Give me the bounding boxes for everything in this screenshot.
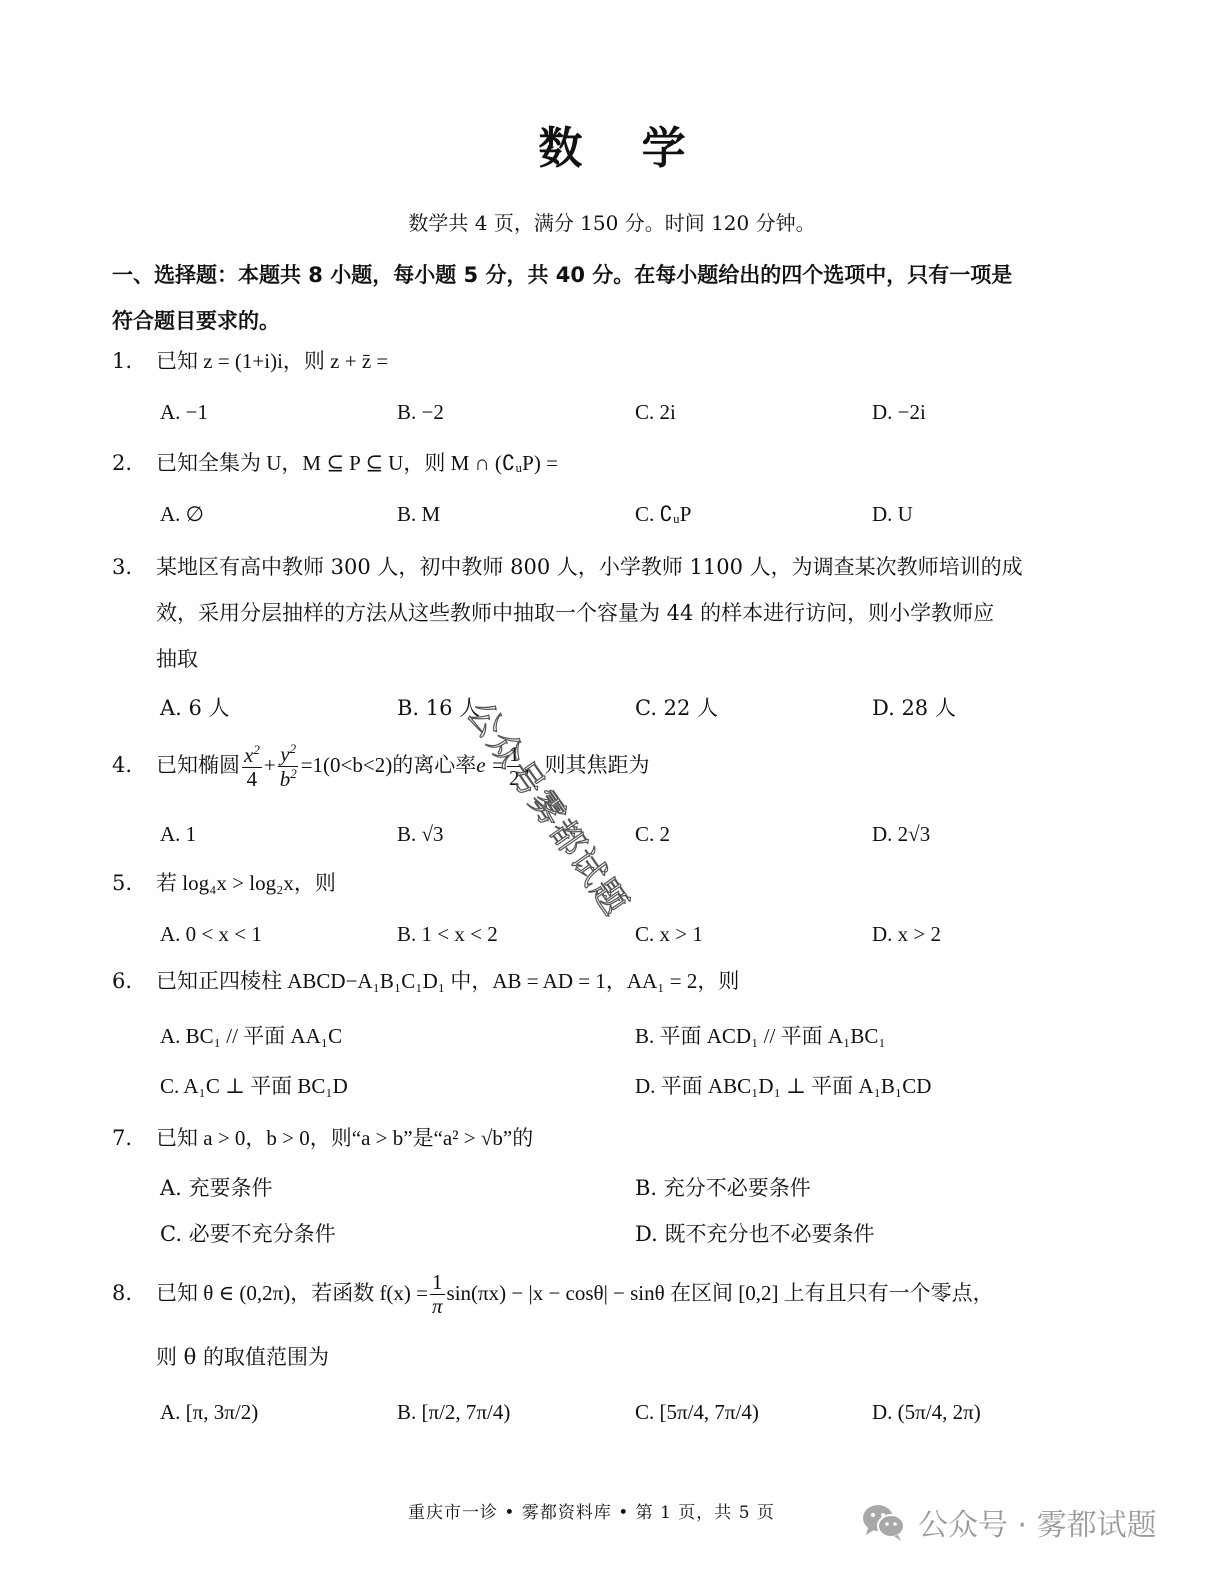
question-stem: 若 log₄x > log₂x，则 (156, 871, 336, 895)
option-b: B. 1 < x < 2 (397, 922, 498, 947)
option-d: D. x > 2 (872, 922, 941, 947)
wechat-account-label: 公众号 · 雾都试题 (918, 1500, 1157, 1544)
question-stem-line2: 则 θ 的取值范围为 (112, 1334, 1112, 1380)
fraction-y2-over-b2: y2b2 (278, 742, 299, 791)
wechat-badge: 公众号 · 雾都试题 (860, 1500, 1157, 1544)
option-d: D. 既不充分也不必要条件 (635, 1218, 874, 1248)
option-a: A. 1 (160, 822, 196, 847)
fraction-one-over-pi: 1π (430, 1271, 445, 1318)
page-title: 数 学 (0, 112, 1224, 176)
option-c: C. 2 (635, 822, 670, 847)
question-8: 8.已知 θ ∈ (0,2π)，若函数 f(x) =1πsin(πx) − |x… (112, 1270, 1112, 1380)
option-a: A. −1 (160, 400, 208, 425)
option-d: D. 平面 ABC₁D₁ ⊥ 平面 A₁B₁CD (635, 1070, 931, 1100)
question-2: 2.已知全集为 U，M ⊆ P ⊆ U，则 M ∩ (∁ᵤP) = (112, 440, 1112, 486)
option-c: C. 22 人 (635, 692, 718, 722)
fraction-x2-over-4: x24 (242, 743, 262, 791)
option-a: A. 6 人 (160, 692, 230, 722)
question-stem: 已知全集为 U，M ⊆ P ⊆ U，则 M ∩ (∁ᵤP) = (156, 451, 558, 475)
option-c: C. x > 1 (635, 922, 703, 947)
question-stem: 已知 z = (1+i)i，则 z + z̄ = (156, 349, 388, 373)
question-4: 4.已知椭圆x24+y2b2=1(0<b<2)的离心率e =12，则其焦距为 (112, 742, 1112, 791)
question-stem: 已知正四棱柱 ABCD−A₁B₁C₁D₁ 中，AB = AD = 1，AA₁ =… (156, 969, 739, 993)
option-a: A. [π, 3π/2) (160, 1400, 258, 1425)
option-b: B. 平面 ACD₁ // 平面 A₁BC₁ (635, 1020, 886, 1050)
question-stem: 已知 a > 0，b > 0，则“a > b”是“a² > √b”的 (156, 1126, 533, 1150)
question-6: 6.已知正四棱柱 ABCD−A₁B₁C₁D₁ 中，AB = AD = 1，AA₁… (112, 958, 1112, 1004)
question-1: 1.已知 z = (1+i)i，则 z + z̄ = (112, 338, 1112, 384)
question-stem-line2: 效，采用分层抽样的方法从这些教师中抽取一个容量为 44 的样本进行访问，则小学教… (112, 590, 1112, 636)
section-heading: 一、选择题：本题共 8 小题，每小题 5 分，共 40 分。在每小题给出的四个选… (112, 252, 1112, 344)
option-b: B. [π/2, 7π/4) (397, 1400, 510, 1425)
question-stem-line3: 抽取 (112, 636, 1112, 682)
question-stem-line1: 某地区有高中教师 300 人，初中教师 800 人，小学教师 1100 人，为调… (156, 555, 1023, 579)
option-b: B. −2 (397, 400, 444, 425)
option-a: A. 充要条件 (160, 1172, 273, 1202)
option-b: B. 充分不必要条件 (635, 1172, 811, 1202)
option-d: D. (5π/4, 2π) (872, 1400, 981, 1425)
exam-info: 数学共 4 页，满分 150 分。时间 120 分钟。 (0, 207, 1224, 236)
option-c: C. A₁C ⊥ 平面 BC₁D (160, 1070, 348, 1100)
question-7: 7.已知 a > 0，b > 0，则“a > b”是“a² > √b”的 (112, 1115, 1112, 1161)
option-c: C. [5π/4, 7π/4) (635, 1400, 759, 1425)
option-c: C. 必要不充分条件 (160, 1218, 336, 1248)
option-a: A. ∅ (160, 502, 204, 527)
option-b: B. √3 (397, 822, 444, 847)
page-footer: 重庆市一诊 • 雾都资料库 • 第 1 页，共 5 页 (408, 1498, 775, 1523)
option-d: D. −2i (872, 400, 926, 425)
option-a: A. 0 < x < 1 (160, 922, 262, 947)
question-3: 3.某地区有高中教师 300 人，初中教师 800 人，小学教师 1100 人，… (112, 544, 1112, 682)
option-c: C. 2i (635, 400, 676, 425)
option-b: B. M (397, 502, 440, 527)
wechat-icon (860, 1502, 908, 1542)
option-d: D. 2√3 (872, 822, 930, 847)
option-c: C. ∁ᵤP (635, 502, 691, 527)
option-d: D. 28 人 (872, 692, 956, 722)
option-a: A. BC₁ // 平面 AA₁C (160, 1020, 342, 1050)
option-d: D. U (872, 502, 913, 527)
